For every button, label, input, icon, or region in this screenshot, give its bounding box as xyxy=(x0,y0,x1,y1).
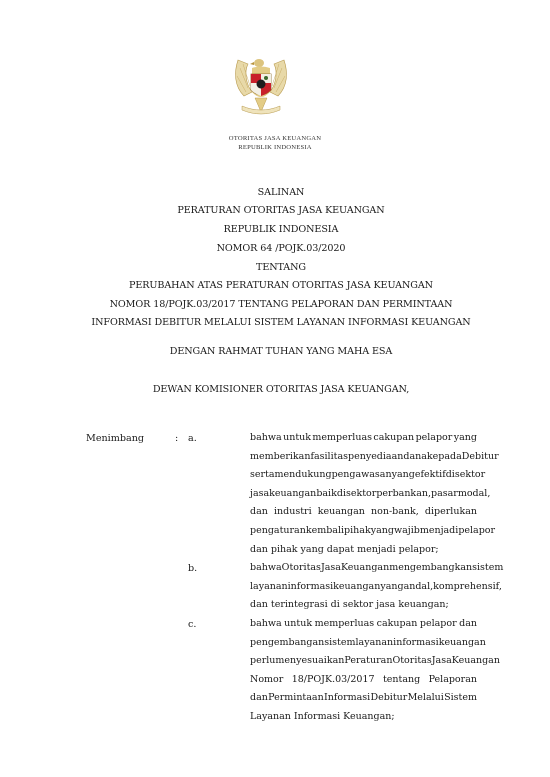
subject-line-3: INFORMASI DEBITUR MELALUI SISTEM LAYANAN… xyxy=(0,317,550,328)
text-line: bahwauntukmemperluascakupanpelaporyang xyxy=(250,429,477,448)
issuer: DEWAN KOMISIONER OTORITAS JASA KEUANGAN, xyxy=(0,384,550,395)
text-line: layananinformasikeuanganyangandal,kompre… xyxy=(250,578,477,597)
subject-line-1: PERUBAHAN ATAS PERATURAN OTORITAS JASA K… xyxy=(0,280,550,291)
subject-line-2: NOMOR 18/POJK.03/2017 TENTANG PELAPORAN … xyxy=(0,299,550,310)
considering-label: Menimbang xyxy=(86,433,144,444)
item-letter-b: b. xyxy=(188,563,197,574)
text-line: Nomor18/POJK.03/2017tentangPelaporan xyxy=(250,671,477,690)
text-line: dan pihak yang dapat menjadi pelapor; xyxy=(250,541,477,560)
regulation-title: PERATURAN OTORITAS JASA KEUANGAN xyxy=(0,205,550,216)
text-line: bahwaOtoritasJasaKeuanganmengembangkansi… xyxy=(250,559,477,578)
item-letter-c: c. xyxy=(188,619,196,630)
text-line: dan terintegrasi di sektor jasa keuangan… xyxy=(250,596,477,615)
garuda-emblem-icon xyxy=(230,52,292,122)
regulation-number: NOMOR 64 /POJK.03/2020 xyxy=(0,243,550,254)
about-label: TENTANG xyxy=(0,262,550,273)
text-line: danPermintaanInformasiDebiturMelaluiSist… xyxy=(250,689,477,708)
considering-item-b: bahwaOtoritasJasaKeuanganmengembangkansi… xyxy=(250,559,477,615)
text-line: bahwauntukmemperluascakupanpelapordan xyxy=(250,615,477,634)
item-letter-a: a. xyxy=(188,433,197,444)
considering-item-a: bahwauntukmemperluascakupanpelaporyang m… xyxy=(250,429,477,559)
text-line: perlumenyesuaikanPeraturanOtoritasJasaKe… xyxy=(250,652,477,671)
text-line: pengaturankembalipihakyangwajibmenjadipe… xyxy=(250,522,477,541)
text-line: pengembangansistemlayananinformasikeuang… xyxy=(250,634,477,653)
considering-colon: : xyxy=(175,433,178,444)
invocation: DENGAN RAHMAT TUHAN YANG MAHA ESA xyxy=(0,346,550,357)
agency-name: OTORITAS JASA KEUANGAN xyxy=(0,135,550,142)
considering-item-c: bahwauntukmemperluascakupanpelapordan pe… xyxy=(250,615,477,727)
text-line: memberikanfasilitaspenyediaandanakepadaD… xyxy=(250,448,477,467)
copy-label: SALINAN xyxy=(0,187,550,198)
country-title: REPUBLIK INDONESIA xyxy=(0,224,550,235)
text-line: sertamendukungpengawasanyangefektifdisek… xyxy=(250,466,477,485)
text-line: Layanan Informasi Keuangan; xyxy=(250,708,477,727)
text-line: danindustrikeuangannon-bank,diperlukan xyxy=(250,503,477,522)
document-page: OTORITAS JASA KEUANGAN REPUBLIK INDONESI… xyxy=(0,0,550,777)
text-line: jasakeuanganbaikdisektorperbankan,pasarm… xyxy=(250,485,477,504)
agency-country: REPUBLIK INDONESIA xyxy=(0,144,550,151)
